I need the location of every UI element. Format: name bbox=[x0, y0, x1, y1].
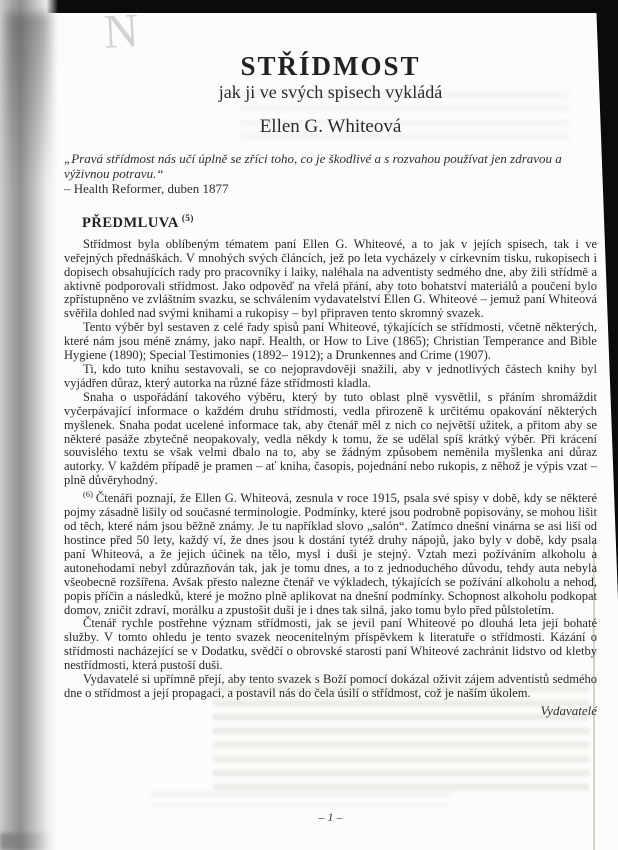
publishers-signature: Vydavatelé bbox=[64, 703, 597, 719]
paragraph-1: Střídmost byla oblíbeným tématem paní El… bbox=[64, 238, 597, 321]
scan-corner-smudge bbox=[0, 833, 52, 850]
author-name: Ellen G. Whiteová bbox=[64, 115, 597, 139]
scan-left-shadow-dark bbox=[6, 13, 50, 183]
paragraph-4-text: Snaha o uspořádání takového výběru, kter… bbox=[64, 390, 597, 487]
paragraph-3: Ti, kdo tuto knihu sestavovali, se co ne… bbox=[64, 363, 597, 391]
paragraph-3-text: Ti, kdo tuto knihu sestavovali, se co ne… bbox=[64, 362, 597, 390]
page-content: STŘÍDMOST jak ji ve svých spisech vyklád… bbox=[64, 36, 597, 719]
paragraph-7-text: Vydavatelé si upřímně přejí, aby tento s… bbox=[64, 672, 597, 700]
paragraph-7: Vydavatelé si upřímně přejí, aby tento s… bbox=[64, 673, 597, 701]
book-title: STŘÍDMOST bbox=[64, 51, 597, 81]
paragraph-5-text: Čtenáři poznají, že Ellen G. Whiteová, z… bbox=[64, 491, 597, 616]
book-subtitle: jak ji ve svých spisech vykládá bbox=[64, 81, 597, 103]
bleed-through-text-lower bbox=[150, 792, 450, 806]
paragraph-5: (6)Čtenáři poznají, že Ellen G. Whiteová… bbox=[64, 488, 597, 617]
paragraph-1-text: Střídmost byla oblíbeným tématem paní El… bbox=[64, 237, 597, 321]
section-heading-note: (5) bbox=[182, 213, 194, 223]
paragraph-4: Snaha o uspořádání takového výběru, kter… bbox=[64, 391, 597, 488]
scan-right-border bbox=[596, 0, 618, 600]
page-number: – 1 – bbox=[64, 810, 597, 825]
paragraph-2-text: Tento výběr byl sestaven z celé řady spi… bbox=[64, 320, 597, 362]
section-heading-text: PŘEDMLUVA bbox=[82, 215, 179, 231]
paragraph-6: Čtenář rychle postřehne význam střídmost… bbox=[64, 617, 597, 673]
paragraph-6-text: Čtenář rychle postřehne význam střídmost… bbox=[64, 616, 597, 672]
scanned-book-page: N STŘÍDMOST jak ji ve svých spisech vykl… bbox=[0, 0, 618, 850]
section-heading: PŘEDMLUVA(5) bbox=[64, 209, 597, 232]
paragraph-2: Tento výběr byl sestaven z celé řady spi… bbox=[64, 321, 597, 363]
epigraph-source: – Health Reformer, duben 1877 bbox=[64, 181, 597, 197]
paragraph-5-page-marker: (6) bbox=[83, 489, 93, 499]
epigraph-quote: „Pravá střídmost nás učí úplně se zříci … bbox=[64, 151, 597, 181]
scan-top-border bbox=[0, 0, 618, 13]
